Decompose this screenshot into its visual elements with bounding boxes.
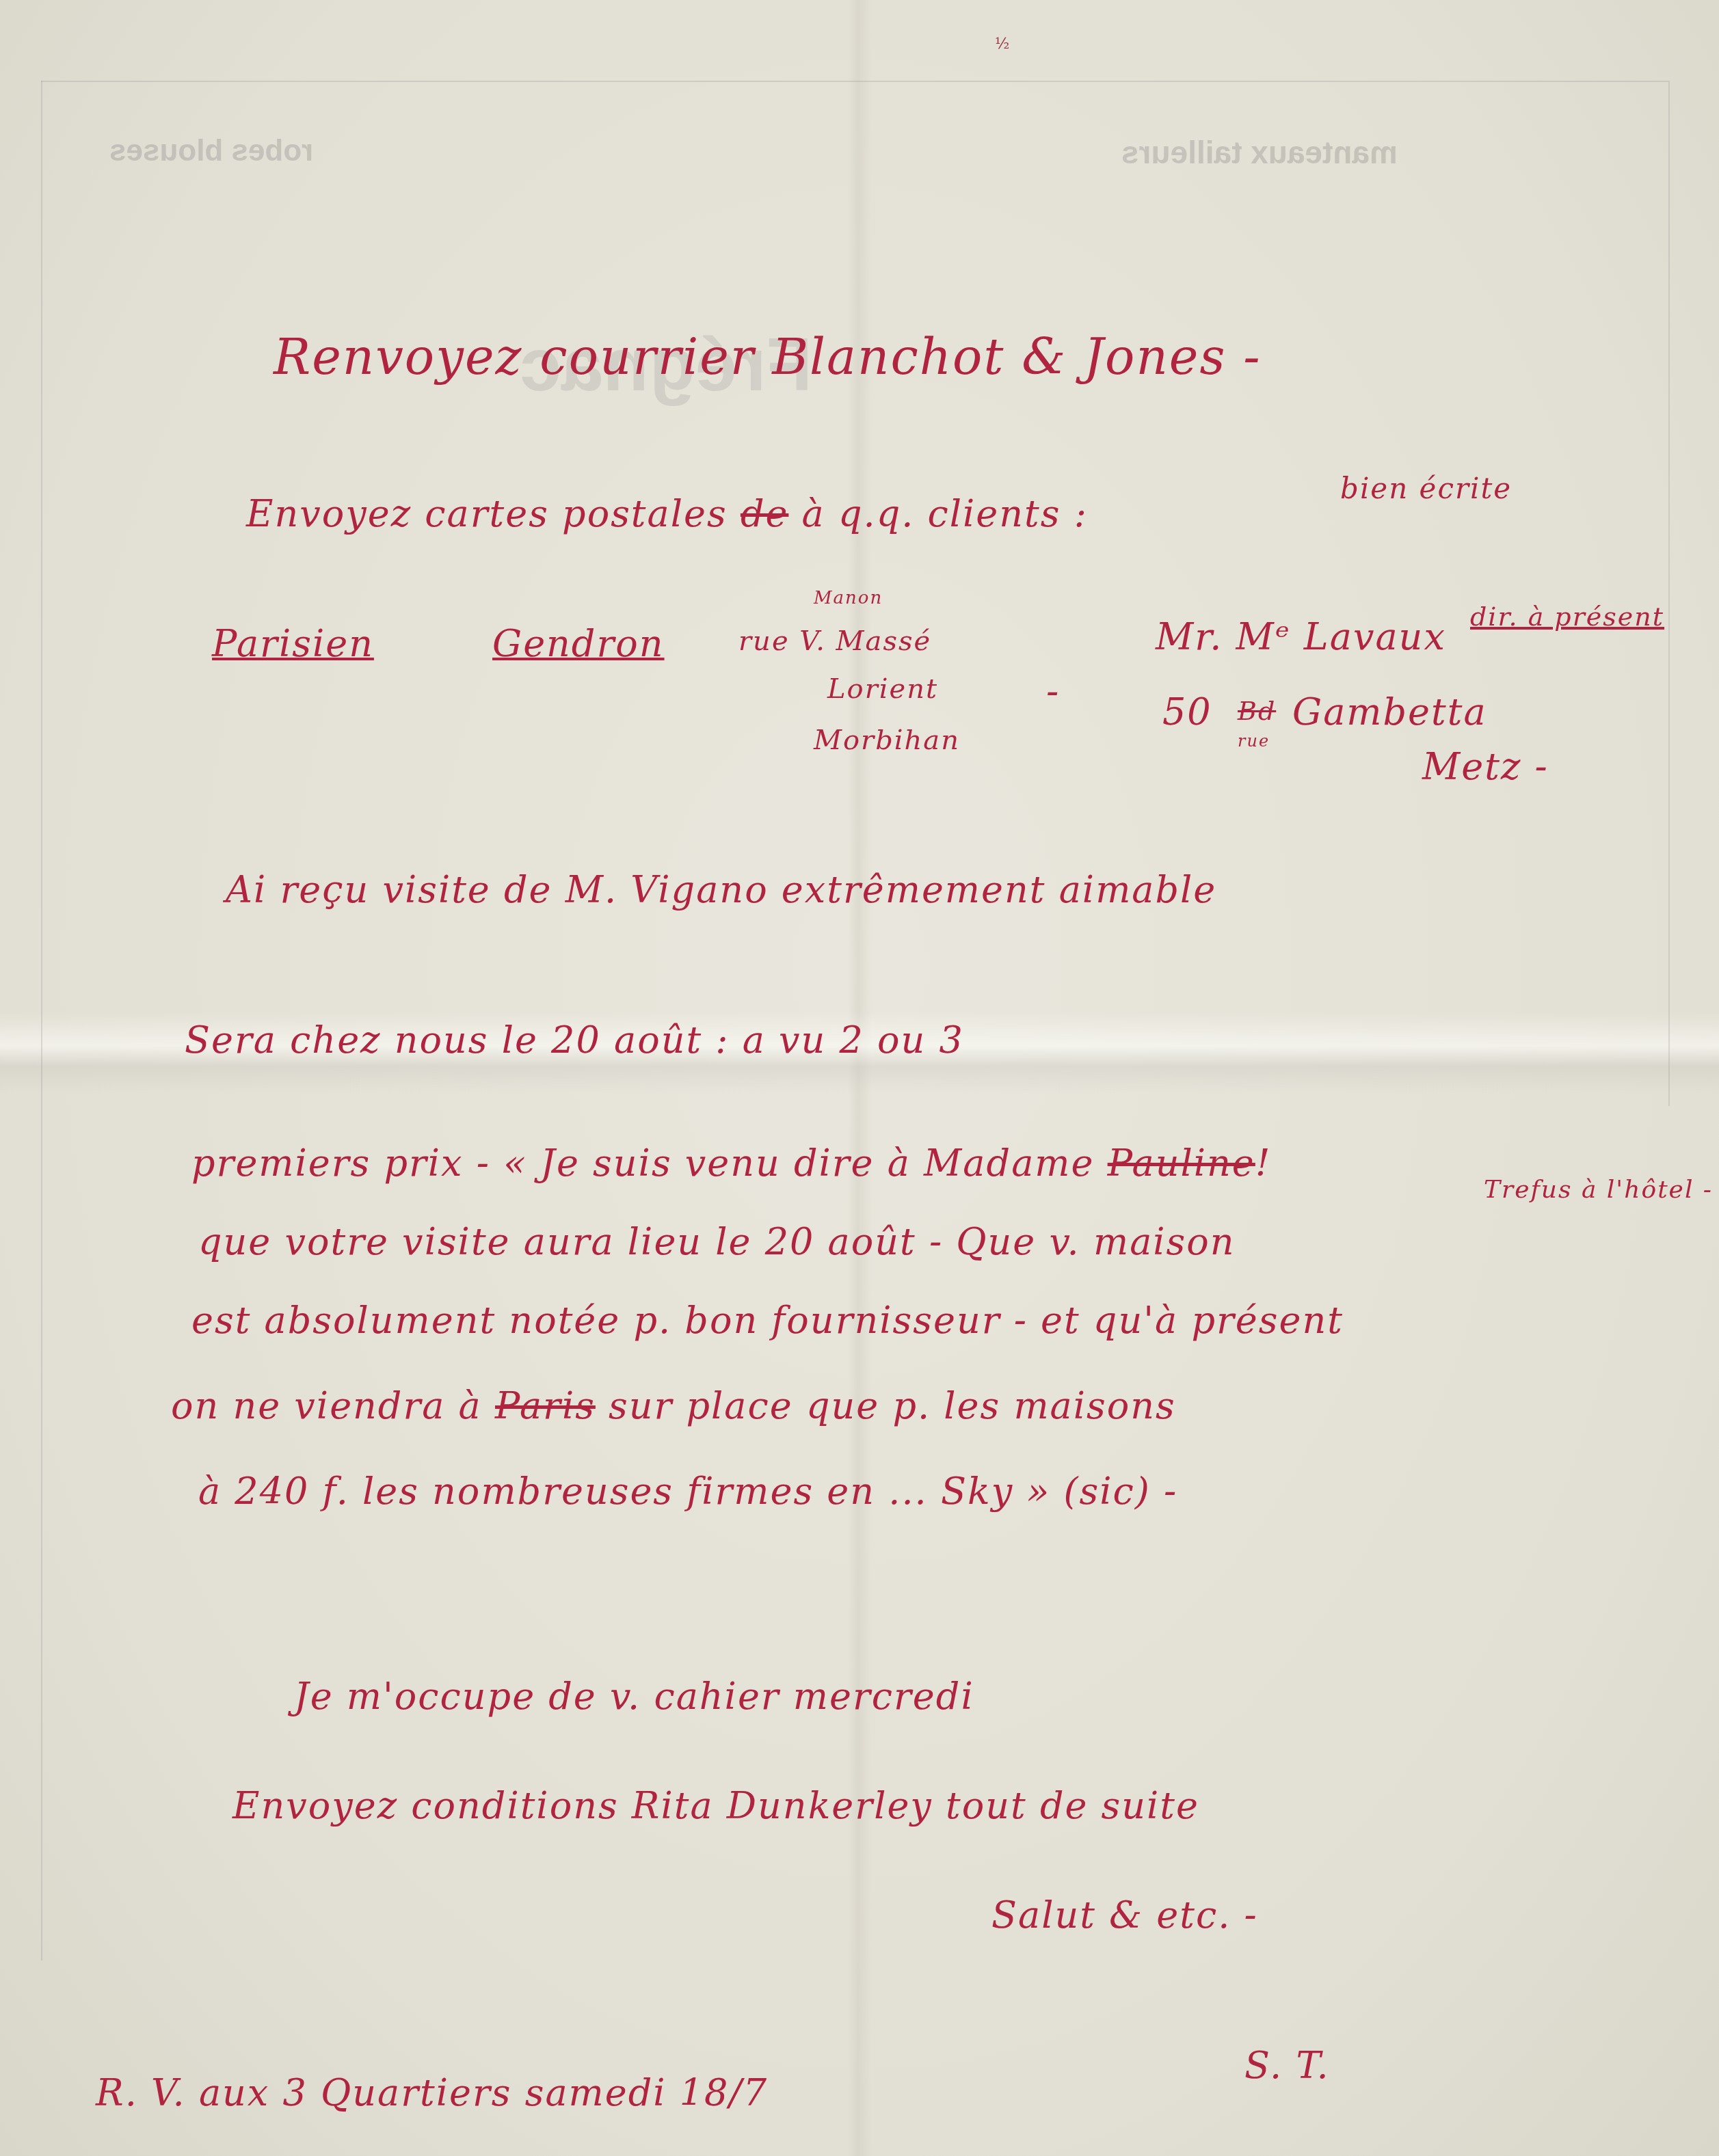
- paragraph-votre-visite: que votre visite aura lieu le 20 août - …: [198, 1220, 1236, 1263]
- address2-person: Mr. Mᵉ Lavaux: [1156, 615, 1446, 658]
- paragraph-sur-place: on ne viendra à Paris sur place que p. l…: [171, 1384, 1176, 1427]
- address1-name: Parisien: [212, 622, 374, 665]
- address2-city: Metz -: [1422, 745, 1549, 788]
- paragraph-240f: à 240 f. les nombreuses firmes en ... Sk…: [198, 1470, 1177, 1513]
- footer-rendezvous: R. V. aux 3 Quartiers samedi 18/7: [96, 2071, 768, 2114]
- sur-place-text: sur place que p. les maisons: [609, 1384, 1176, 1427]
- letterhead-frame-top: [41, 81, 1668, 82]
- letterhead-frame-right: [1668, 81, 1670, 1106]
- letterhead-frame-left: [41, 81, 42, 1960]
- paragraph-conditions: Envoyez conditions Rita Dunkerley tout d…: [232, 1784, 1199, 1827]
- exclamation: !: [1255, 1142, 1272, 1185]
- paragraph-visite: Ai reçu visite de M. Vigano extrêmement …: [226, 868, 1216, 911]
- premiers-prix-text: premiers prix - « Je suis venu dire à Ma…: [191, 1142, 1094, 1185]
- address-separator: -: [1046, 670, 1060, 713]
- bien-ecrite-note: bien écrite: [1340, 472, 1512, 505]
- struck-word: de: [741, 492, 789, 535]
- letterhead-bleed-right: manteaux tailleurs: [1121, 134, 1398, 171]
- address2-street-note: rue: [1238, 731, 1270, 751]
- line-renvoyez: Renvoyez courrier Blanchot & Jones -: [274, 328, 1262, 386]
- address1-above-note: Manon: [814, 588, 883, 608]
- paper-background: [0, 0, 1719, 2156]
- clients-text: à q.q. clients :: [802, 492, 1088, 535]
- page-marker: ½: [995, 36, 1009, 53]
- letterhead-bleed-left: robes blouses: [109, 134, 313, 168]
- address1-dept: Morbihan: [814, 725, 960, 756]
- signature-initials: S. T.: [1244, 2044, 1330, 2087]
- line-envoyez-cartes: Envoyez cartes postales de à q.q. client…: [246, 492, 1088, 535]
- address1-street: rue V. Massé: [738, 625, 931, 657]
- address1-city: Lorient: [827, 673, 938, 705]
- struck-paris: Paris: [495, 1384, 596, 1427]
- address2-street: Gambetta: [1292, 690, 1487, 733]
- struck-name: Pauline: [1108, 1142, 1255, 1185]
- paragraph-sera-chez-nous: Sera chez nous le 20 août : a vu 2 ou 3: [185, 1019, 964, 1062]
- address2-struck: Bd: [1238, 696, 1276, 726]
- paragraph-absolument-notee: est absolument notée p. bon fournisseur …: [191, 1299, 1344, 1342]
- address2-note: dir. à présent: [1470, 602, 1664, 632]
- closing-salut: Salut & etc. -: [991, 1894, 1258, 1937]
- address2-number: 50: [1162, 690, 1212, 733]
- paragraph-premiers-prix: premiers prix - « Je suis venu dire à Ma…: [191, 1142, 1272, 1185]
- address1-person: Gendron: [492, 622, 665, 665]
- on-ne-viendra-text: on ne viendra à: [171, 1384, 482, 1427]
- inserted-note: Trefus à l'hôtel -: [1484, 1176, 1713, 1204]
- envoyez-cartes-text: Envoyez cartes postales: [246, 492, 728, 535]
- paragraph-cahier: Je m'occupe de v. cahier mercredi: [294, 1675, 974, 1718]
